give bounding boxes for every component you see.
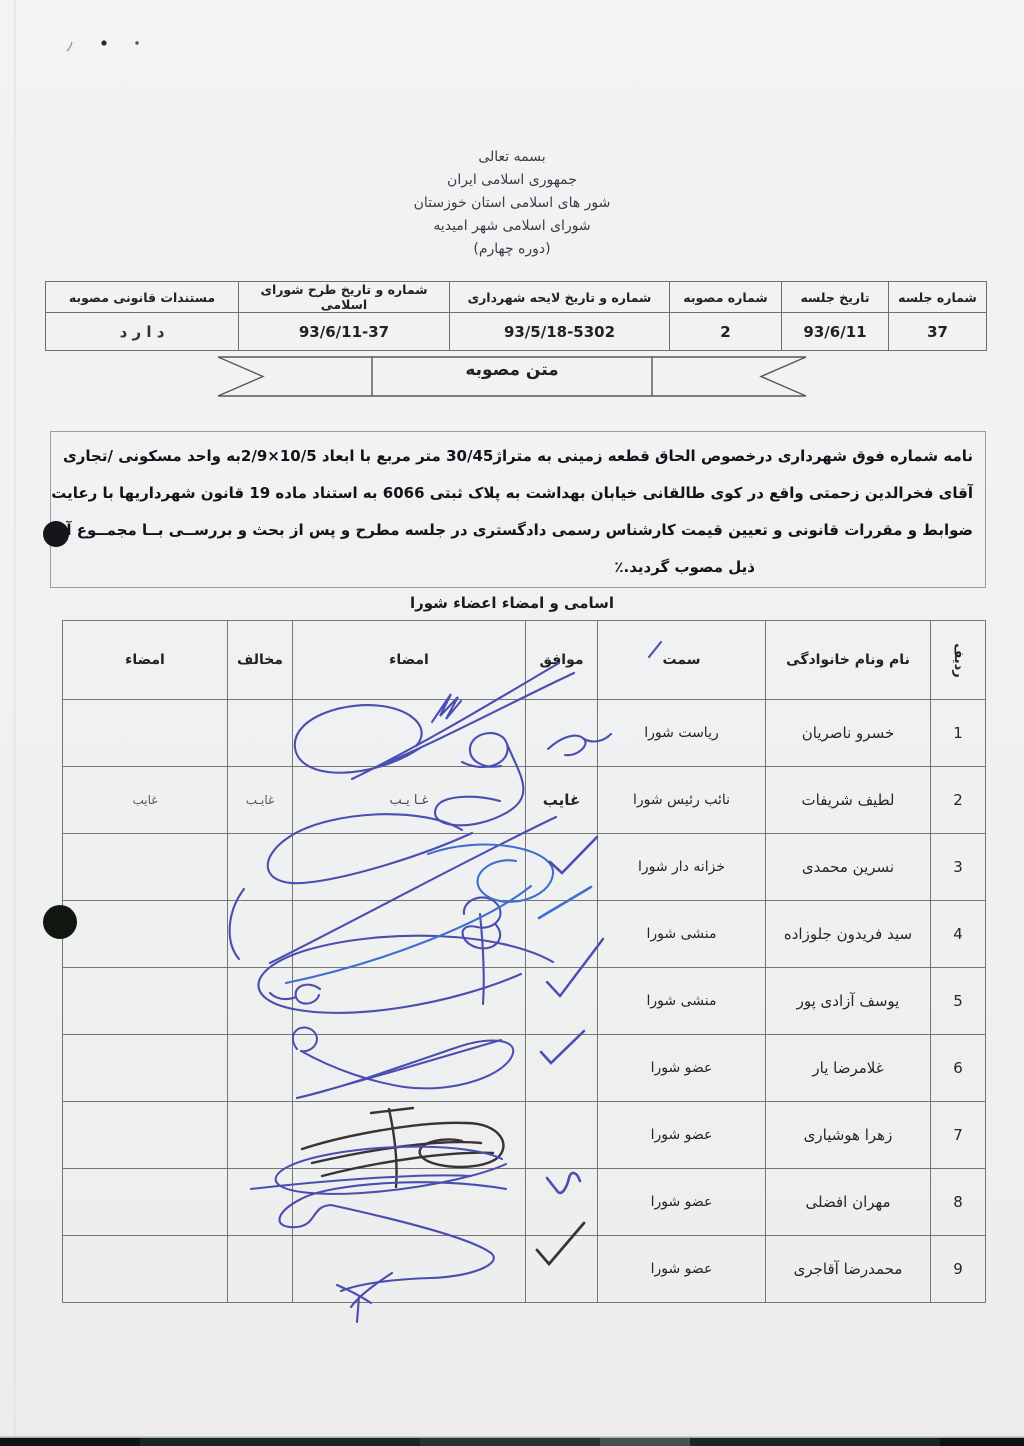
member-name: یوسف آزادی پور	[766, 968, 931, 1035]
member-position: ریاست شورا	[598, 700, 766, 767]
member-agree-cell	[526, 700, 598, 767]
member-signature-cell	[293, 1102, 526, 1169]
banner-title: متن مصوبه	[0, 360, 1024, 380]
member-oppose-cell	[228, 1169, 293, 1236]
meta-label-session-date: تاریخ جلسه	[782, 282, 889, 313]
meta-label-bill-no-date: شماره و تاریخ لایحه شهرداری	[450, 282, 670, 313]
member-agree-cell	[526, 1169, 598, 1236]
header-name: نام ونام خانوادگی	[766, 621, 931, 700]
member-name: زهرا هوشیاری	[766, 1102, 931, 1169]
member-signature2-cell	[63, 968, 228, 1035]
member-oppose-cell	[228, 901, 293, 968]
member-no: 7	[931, 1102, 986, 1169]
member-agree-cell	[526, 901, 598, 968]
meta-header-row: شماره جلسه تاریخ جلسه شماره مصوبه شماره …	[46, 282, 987, 313]
letterhead: بسمه تعالی جمهوری اسلامی ایران شور های ا…	[0, 146, 1024, 261]
member-row: 8 مهران افضلی عضو شورا	[63, 1169, 986, 1236]
member-name: خسرو ناصریان	[766, 700, 931, 767]
resolution-line: آقای فخرالدین زحمتی واقع در کوی طالقانی …	[63, 475, 973, 512]
member-name: نسرین محمدی	[766, 834, 931, 901]
scan-specks	[67, 40, 139, 51]
member-no: 1	[931, 700, 986, 767]
member-agree-cell: غایب	[526, 767, 598, 834]
member-agree-cell	[526, 1236, 598, 1303]
member-no: 5	[931, 968, 986, 1035]
member-agree-cell	[526, 834, 598, 901]
letterhead-line-term: (دوره چهارم)	[0, 238, 1024, 261]
meta-value-resolution-no: 2	[670, 313, 782, 351]
member-position: نائب رئیس شورا	[598, 767, 766, 834]
member-position: منشی شورا	[598, 901, 766, 968]
header-signature: امضاء	[293, 621, 526, 700]
meta-table: شماره جلسه تاریخ جلسه شماره مصوبه شماره …	[45, 281, 987, 351]
letterhead-line-province-councils: شور های اسلامی استان خوزستان	[0, 192, 1024, 215]
member-signature2-cell: غایب	[63, 767, 228, 834]
resolution-box: نامه شماره فوق شهرداری درخصوص الحاق قطعه…	[50, 431, 986, 588]
member-position: عضو شورا	[598, 1102, 766, 1169]
resolution-line: ذیل مصوب گردید.٪	[63, 549, 973, 586]
member-position: عضو شورا	[598, 1236, 766, 1303]
member-agree-cell	[526, 968, 598, 1035]
member-signature-cell	[293, 700, 526, 767]
member-row: 3 نسرین محمدی خزانه دار شورا	[63, 834, 986, 901]
member-signature2-cell	[63, 1169, 228, 1236]
member-row: 7 زهرا هوشیاری عضو شورا	[63, 1102, 986, 1169]
member-signature2-cell	[63, 700, 228, 767]
member-agree-cell	[526, 1035, 598, 1102]
member-no: 4	[931, 901, 986, 968]
member-signature2-cell	[63, 1102, 228, 1169]
members-header-row: ردیف نام ونام خانوادگی سمت موافق امضاء م…	[63, 621, 986, 700]
meta-value-bill-no-date: 93/5/18-5302	[450, 313, 670, 351]
member-signature-cell	[293, 834, 526, 901]
scanned-council-resolution-page: بسمه تعالی جمهوری اسلامی ایران شور های ا…	[0, 0, 1024, 1446]
member-signature-cell	[293, 901, 526, 968]
member-no: 8	[931, 1169, 986, 1236]
member-signature2-cell	[63, 1035, 228, 1102]
member-no: 3	[931, 834, 986, 901]
meta-label-session-no: شماره جلسه	[889, 282, 987, 313]
member-signature-cell: غـا یـب	[293, 767, 526, 834]
member-signature-cell	[293, 1035, 526, 1102]
meta-label-legal-docs: مستندات قانونی مصوبه	[46, 282, 239, 313]
header-row-no-label: ردیف	[951, 643, 966, 678]
letterhead-line-republic: جمهوری اسلامی ایران	[0, 169, 1024, 192]
member-agree-cell	[526, 1102, 598, 1169]
header-oppose: مخالف	[228, 621, 293, 700]
member-row: 2 لطیف شریفات نائب رئیس شورا غایب غـا یـ…	[63, 767, 986, 834]
member-signature-cell	[293, 1169, 526, 1236]
member-oppose-cell	[228, 700, 293, 767]
member-oppose-cell	[228, 968, 293, 1035]
meta-value-legal-docs: د ا ر د	[46, 313, 239, 351]
member-name: محمدرضا آقاجری	[766, 1236, 931, 1303]
member-signature-cell	[293, 1236, 526, 1303]
member-oppose-cell	[228, 1102, 293, 1169]
member-position: منشی شورا	[598, 968, 766, 1035]
member-position: عضو شورا	[598, 1035, 766, 1102]
meta-label-plan-no-date: شماره و تاریخ طرح شورای اسلامی	[239, 282, 450, 313]
resolution-line: نامه شماره فوق شهرداری درخصوص الحاق قطعه…	[63, 438, 973, 475]
bottom-scan-edge	[0, 1437, 1024, 1446]
header-signature-2: امضاء	[63, 621, 228, 700]
members-table: ردیف نام ونام خانوادگی سمت موافق امضاء م…	[62, 620, 986, 1303]
letterhead-line-city-council: شورای اسلامی شهر امیدیه	[0, 215, 1024, 238]
header-row-no: ردیف	[931, 621, 986, 700]
member-no: 2	[931, 767, 986, 834]
member-oppose-cell	[228, 1035, 293, 1102]
meta-value-row: 37 93/6/11 2 93/5/18-5302 93/6/11-37 د ا…	[46, 313, 987, 351]
member-row: 4 سید فریدون جلوزاده منشی شورا	[63, 901, 986, 968]
member-signature2-cell	[63, 834, 228, 901]
member-signature-cell	[293, 968, 526, 1035]
member-no: 6	[931, 1035, 986, 1102]
letterhead-line-basmala: بسمه تعالی	[0, 146, 1024, 169]
member-row: 5 یوسف آزادی پور منشی شورا	[63, 968, 986, 1035]
member-name: غلامرضا یار	[766, 1035, 931, 1102]
member-position: عضو شورا	[598, 1169, 766, 1236]
member-row: 6 غلامرضا یار عضو شورا	[63, 1035, 986, 1102]
members-section-title: اسامی و امضاء اعضاء شورا	[0, 594, 1024, 612]
header-position: سمت	[598, 621, 766, 700]
meta-value-plan-no-date: 93/6/11-37	[239, 313, 450, 351]
member-signature2-cell	[63, 1236, 228, 1303]
member-oppose-cell	[228, 834, 293, 901]
member-oppose-cell	[228, 1236, 293, 1303]
member-no: 9	[931, 1236, 986, 1303]
member-name: مهران افضلی	[766, 1169, 931, 1236]
member-name: سید فریدون جلوزاده	[766, 901, 931, 968]
member-oppose-cell: غایـب	[228, 767, 293, 834]
member-position: خزانه دار شورا	[598, 834, 766, 901]
meta-value-session-no: 37	[889, 313, 987, 351]
member-row: 9 محمدرضا آقاجری عضو شورا	[63, 1236, 986, 1303]
header-agree: موافق	[526, 621, 598, 700]
member-row: 1 خسرو ناصریان ریاست شورا	[63, 700, 986, 767]
meta-label-resolution-no: شماره مصوبه	[670, 282, 782, 313]
meta-value-session-date: 93/6/11	[782, 313, 889, 351]
member-name: لطیف شریفات	[766, 767, 931, 834]
member-signature2-cell	[63, 901, 228, 968]
resolution-line: ضوابط و مقررات قانونی و تعیین قیمت کارشن…	[63, 512, 973, 549]
